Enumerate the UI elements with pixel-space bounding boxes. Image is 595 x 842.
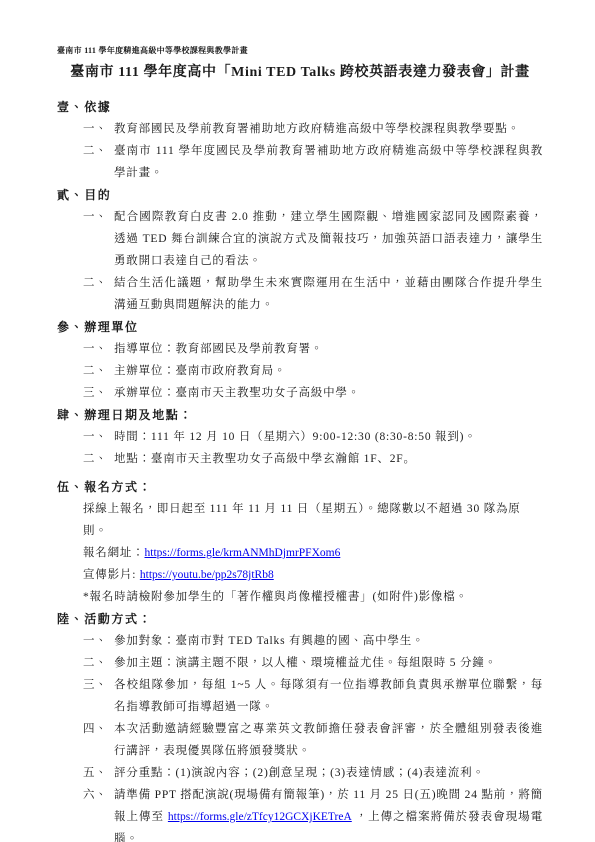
item-number: 六、 (83, 784, 114, 842)
item-number: 三、 (83, 674, 114, 718)
registration-url-line: 報名網址：https://forms.gle/krmANMhDjmrPFXom6 (83, 542, 543, 564)
list-item: 四、 本次活動邀請經驗豐富之專業英文教師擔任發表會評審，於全體組別發表後進行講評… (83, 718, 543, 762)
ppt-upload-form-link[interactable]: https://forms.gle/zTfcy12GCXjKETreA (168, 811, 352, 823)
list-item: 三、 各校組隊參加，每組 1~5 人。每隊須有一位指導教師負責與承辦單位聯繫，每… (83, 674, 543, 718)
section-heading-registration: 伍、報名方式： (57, 476, 543, 498)
registration-note: *報名時請檢附參加學生的「著作權與肖像權授權書」(如附件)影像檔。 (83, 586, 543, 608)
item-text: 配合國際教育白皮書 2.0 推動，建立學生國際觀、增進國家認同及國際素養，透過 … (114, 206, 543, 272)
section-heading-basis: 壹、依據 (57, 96, 543, 118)
item-number: 一、 (83, 206, 114, 272)
page-title: 臺南市 111 學年度高中「Mini TED Talks 跨校英語表達力發表會」… (57, 63, 543, 83)
list-item: 二、 結合生活化議題，幫助學生未來實際運用在生活中，並藉由團隊合作提升學生溝通互… (83, 272, 543, 316)
section-basis: 壹、依據 一、 教育部國民及學前教育署補助地方政府精進高級中等學校課程與教學要點… (57, 96, 543, 184)
item-number: 二、 (83, 360, 114, 382)
item-number: 二、 (83, 652, 114, 674)
item-text: 各校組隊參加，每組 1~5 人。每隊須有一位指導教師負責與承辦單位聯繫，每名指導… (114, 674, 543, 718)
item-text: 承辦單位：臺南市天主教聖功女子高級中學。 (114, 382, 543, 404)
registration-intro: 採線上報名，即日起至 111 年 11 月 11 日（星期五）。總隊數以不超過 … (83, 498, 543, 542)
section-heading-date-location: 肆、辦理日期及地點： (57, 404, 543, 426)
list-item: 二、 參加主題：演講主題不限，以人權、環境權益尤佳。每組限時 5 分鐘。 (83, 652, 543, 674)
promo-video-label: 宣傳影片: (83, 569, 140, 581)
item-number: 一、 (83, 426, 114, 448)
section-purpose: 貳、目的 一、 配合國際教育白皮書 2.0 推動，建立學生國際觀、增進國家認同及… (57, 184, 543, 316)
list-item: 二、 臺南市 111 學年度國民及學前教育署補助地方政府精進高級中等學校課程與教… (83, 140, 543, 184)
item-number: 一、 (83, 630, 114, 652)
list-item: 一、 指導單位：教育部國民及學前教育署。 (83, 338, 543, 360)
section-heading-purpose: 貳、目的 (57, 184, 543, 206)
item-number: 三、 (83, 382, 114, 404)
list-item: 一、 配合國際教育白皮書 2.0 推動，建立學生國際觀、增進國家認同及國際素養，… (83, 206, 543, 272)
item-number: 五、 (83, 762, 114, 784)
item-number: 二、 (83, 448, 114, 470)
item-text: 參加主題：演講主題不限，以人權、環境權益尤佳。每組限時 5 分鐘。 (114, 652, 543, 674)
item-text: 指導單位：教育部國民及學前教育署。 (114, 338, 543, 360)
section-date-location: 肆、辦理日期及地點： 一、 時間：111 年 12 月 10 日（星期六）9:0… (57, 404, 543, 470)
item-text: 臺南市 111 學年度國民及學前教育署補助地方政府精進高級中等學校課程與教學計畫… (114, 140, 543, 184)
item-text: 教育部國民及學前教育署補助地方政府精進高級中等學校課程與教學要點。 (114, 118, 543, 140)
item-number: 一、 (83, 118, 114, 140)
list-item: 五、 評分重點：(1)演說內容；(2)創意呈現；(3)表達情感；(4)表達流利。 (83, 762, 543, 784)
item-number: 四、 (83, 718, 114, 762)
registration-url-label: 報名網址： (83, 547, 145, 559)
list-item: 一、 時間：111 年 12 月 10 日（星期六）9:00-12:30 (8:… (83, 426, 543, 448)
item-number: 二、 (83, 272, 114, 316)
item-text: 參加對象：臺南市對 TED Talks 有興趣的國、高中學生。 (114, 630, 543, 652)
section-heading-organizers: 參、辦理單位 (57, 316, 543, 338)
list-item: 一、 參加對象：臺南市對 TED Talks 有興趣的國、高中學生。 (83, 630, 543, 652)
list-item: 一、 教育部國民及學前教育署補助地方政府精進高級中等學校課程與教學要點。 (83, 118, 543, 140)
item-text: 時間：111 年 12 月 10 日（星期六）9:00-12:30 (8:30-… (114, 426, 543, 448)
promo-video-link[interactable]: https://youtu.be/pp2s78jtRb8 (140, 569, 274, 581)
item-text: 主辦單位：臺南市政府教育局。 (114, 360, 543, 382)
section-heading-activity: 陸、活動方式： (57, 608, 543, 630)
item-number: 二、 (83, 140, 114, 184)
section-activity: 陸、活動方式： 一、 參加對象：臺南市對 TED Talks 有興趣的國、高中學… (57, 608, 543, 842)
promo-video-line: 宣傳影片: https://youtu.be/pp2s78jtRb8 (83, 564, 543, 586)
item-text: 地點：臺南市天主教聖功女子高級中學玄瀚館 1F、2F。 (114, 448, 543, 470)
list-item: 二、 地點：臺南市天主教聖功女子高級中學玄瀚館 1F、2F。 (83, 448, 543, 470)
section-registration: 伍、報名方式： 採線上報名，即日起至 111 年 11 月 11 日（星期五）。… (57, 476, 543, 608)
list-item: 三、 承辦單位：臺南市天主教聖功女子高級中學。 (83, 382, 543, 404)
item-text: 請準備 PPT 搭配演說(現場備有簡報筆)，於 11 月 25 日(五)晚間 2… (114, 784, 543, 842)
item-text: 本次活動邀請經驗豐富之專業英文教師擔任發表會評審，於全體組別發表後進行講評，表現… (114, 718, 543, 762)
document-header-note: 臺南市 111 學年度精進高級中等學校課程與教學計畫 (57, 46, 543, 56)
list-item: 六、 請準備 PPT 搭配演說(現場備有簡報筆)，於 11 月 25 日(五)晚… (83, 784, 543, 842)
list-item: 二、 主辦單位：臺南市政府教育局。 (83, 360, 543, 382)
registration-form-link[interactable]: https://forms.gle/krmANMhDjmrPFXom6 (145, 547, 341, 559)
item-number: 一、 (83, 338, 114, 360)
item-text: 評分重點：(1)演說內容；(2)創意呈現；(3)表達情感；(4)表達流利。 (114, 762, 543, 784)
document-page: 臺南市 111 學年度精進高級中等學校課程與教學計畫 臺南市 111 學年度高中… (0, 0, 595, 842)
item-text: 結合生活化議題，幫助學生未來實際運用在生活中，並藉由團隊合作提升學生溝通互動與問… (114, 272, 543, 316)
section-organizers: 參、辦理單位 一、 指導單位：教育部國民及學前教育署。 二、 主辦單位：臺南市政… (57, 316, 543, 404)
